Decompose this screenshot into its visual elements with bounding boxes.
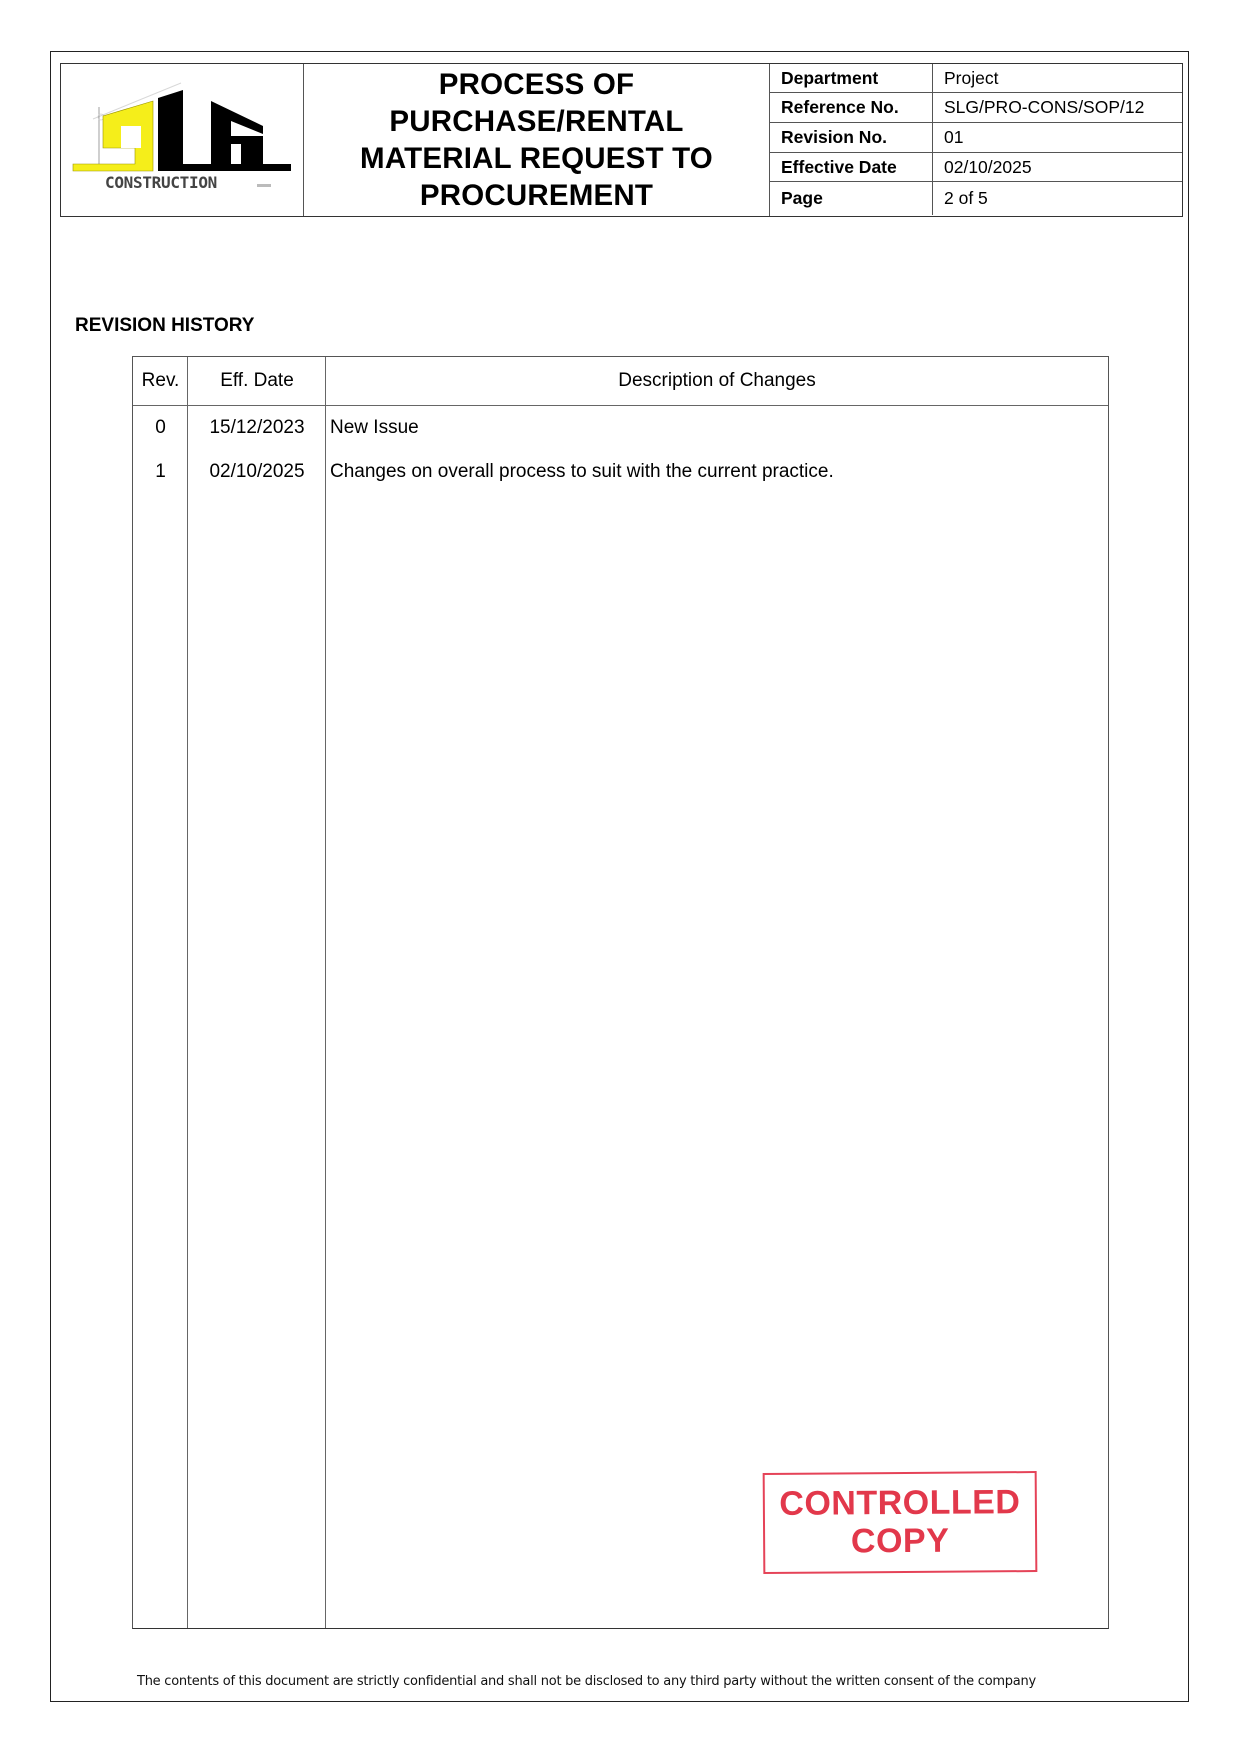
title-line: MATERIAL REQUEST TO [360, 140, 713, 177]
title-line: PROCESS OF [360, 66, 713, 103]
meta-row-reference: Reference No. SLG/PRO-CONS/SOP/12 [770, 93, 1182, 123]
column-header-eff-date: Eff. Date [188, 357, 326, 405]
title-line: PROCUREMENT [360, 177, 713, 214]
meta-label: Department [770, 64, 933, 92]
meta-label: Page [770, 182, 933, 215]
document-meta-table: Department Project Reference No. SLG/PRO… [770, 64, 1182, 216]
meta-label: Revision No. [770, 123, 933, 152]
meta-label: Effective Date [770, 153, 933, 181]
logo-cell: CONSTRUCTION [61, 64, 304, 216]
cell-description: Changes on overall process to suit with … [326, 450, 1108, 494]
stamp-line-1: CONTROLLED [765, 1483, 1035, 1523]
table-row: 1 02/10/2025 Changes on overall process … [133, 450, 1108, 494]
document-title: PROCESS OF PURCHASE/RENTAL MATERIAL REQU… [360, 66, 713, 214]
controlled-copy-stamp: CONTROLLED COPY [763, 1471, 1038, 1574]
meta-value: 2 of 5 [933, 182, 1182, 215]
meta-label: Reference No. [770, 93, 933, 122]
meta-value: Project [933, 64, 1182, 92]
cell-eff-date: 15/12/2023 [188, 406, 326, 450]
company-logo: CONSTRUCTION [63, 76, 303, 201]
meta-row-department: Department Project [770, 64, 1182, 93]
title-line: PURCHASE/RENTAL [360, 103, 713, 140]
stamp-line-2: COPY [765, 1521, 1035, 1561]
svg-text:CONSTRUCTION: CONSTRUCTION [105, 173, 217, 192]
meta-value: 02/10/2025 [933, 153, 1182, 181]
meta-row-revision: Revision No. 01 [770, 123, 1182, 153]
cell-rev: 0 [133, 406, 188, 450]
document-title-cell: PROCESS OF PURCHASE/RENTAL MATERIAL REQU… [304, 64, 770, 216]
column-header-rev: Rev. [133, 357, 188, 405]
confidentiality-footer: The contents of this document are strict… [137, 1674, 1036, 1689]
document-header: CONSTRUCTION PROCESS OF PURCHASE/RENTAL … [60, 63, 1183, 217]
revision-history-table: Rev. Eff. Date Description of Changes 0 … [132, 356, 1109, 1629]
cell-rev: 1 [133, 450, 188, 494]
meta-row-page: Page 2 of 5 [770, 182, 1182, 215]
cell-description: New Issue [326, 406, 1108, 450]
meta-value: SLG/PRO-CONS/SOP/12 [933, 93, 1182, 122]
table-header: Rev. Eff. Date Description of Changes [133, 357, 1108, 406]
column-divider [187, 357, 188, 1628]
table-row: 0 15/12/2023 New Issue [133, 406, 1108, 450]
revision-history-title: REVISION HISTORY [75, 315, 254, 337]
meta-value: 01 [933, 123, 1182, 152]
column-header-description: Description of Changes [326, 357, 1108, 405]
cell-eff-date: 02/10/2025 [188, 450, 326, 494]
meta-row-effective-date: Effective Date 02/10/2025 [770, 153, 1182, 182]
column-divider [325, 357, 326, 1628]
